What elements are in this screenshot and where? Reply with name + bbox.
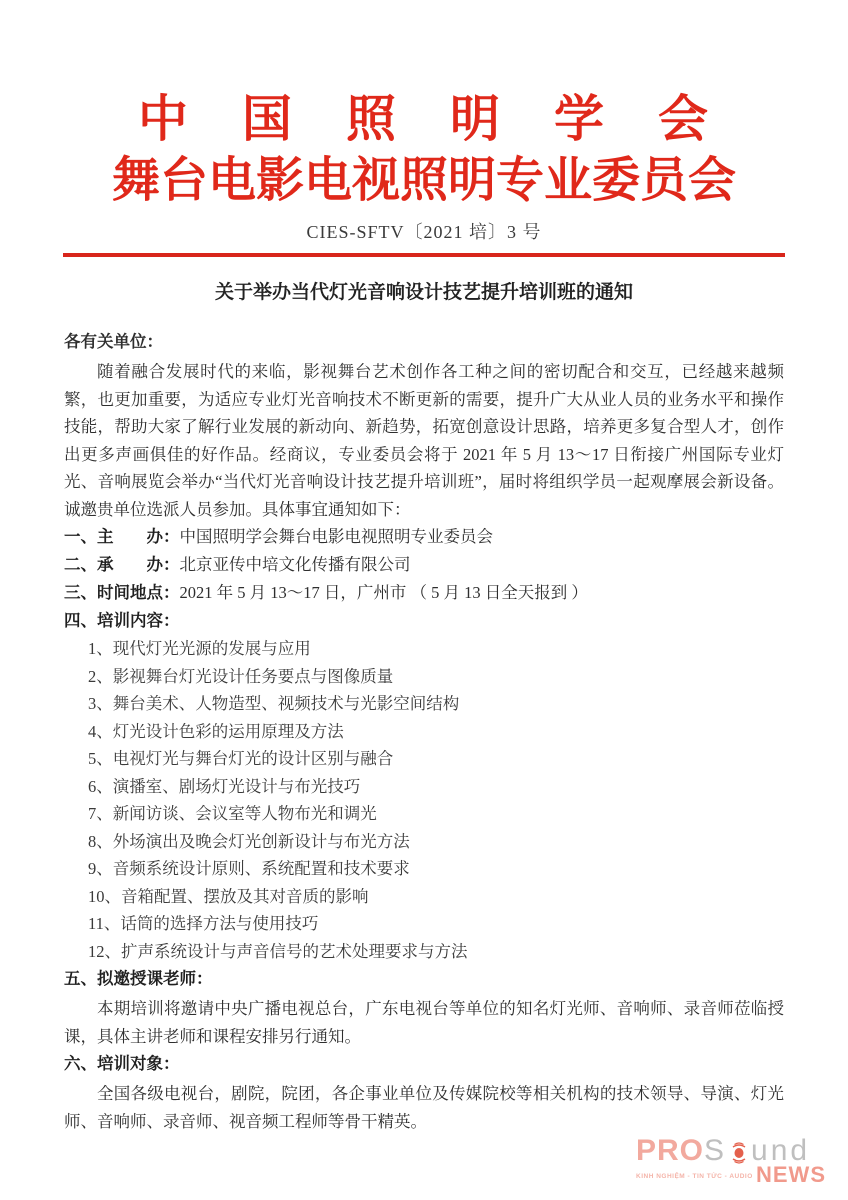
organization-name-line1: 中 国 照 明 学 会 xyxy=(64,92,784,147)
section-teachers-heading: 五、拟邀授课老师： xyxy=(64,965,784,993)
training-item: 12、扩声系统设计与声音信号的艺术处理要求与方法 xyxy=(88,938,784,966)
section-host-label: 一、主 办： xyxy=(64,527,180,546)
section-time-place-label: 三、时间地点： xyxy=(64,583,180,602)
prosound-news-watermark: PRO S und KINH NGHIỆM - TIN TỨC - AUDIO … xyxy=(636,1136,826,1186)
document-page: 中 国 照 明 学 会 舞台电影电视照明专业委员会 CIES-SFTV〔2021… xyxy=(0,0,848,1200)
salutation: 各有关单位： xyxy=(64,328,784,356)
section-organizer: 二、承 办：北京亚传中培文化传播有限公司 xyxy=(64,551,784,579)
section-host: 一、主 办：中国照明学会舞台电影电视照明专业委员会 xyxy=(64,523,784,551)
section-host-value: 中国照明学会舞台电影电视照明专业委员会 xyxy=(180,527,494,546)
section-time-place: 三、时间地点：2021 年 5 月 13～17 日，广州市 （ 5 月 13 日… xyxy=(64,579,784,607)
document-number: CIES-SFTV〔2021 培〕3 号 xyxy=(64,218,784,244)
watermark-pro-text: PRO xyxy=(636,1136,704,1166)
section-time-place-value: 2021 年 5 月 13～17 日，广州市 （ 5 月 13 日全天报到 ） xyxy=(180,583,588,602)
letterhead: 中 国 照 明 学 会 舞台电影电视照明专业委员会 CIES-SFTV〔2021… xyxy=(64,92,784,257)
section-organizer-label: 二、承 办： xyxy=(64,555,180,574)
letterhead-divider xyxy=(63,253,785,257)
section-audience-paragraph: 全国各级电视台，剧院，院团，各企事业单位及传媒院校等相关机构的技术领导、导演、灯… xyxy=(64,1080,784,1135)
section-audience-heading: 六、培训对象： xyxy=(64,1050,784,1078)
training-item: 5、电视灯光与舞台灯光的设计区别与融合 xyxy=(88,745,784,773)
training-item: 7、新闻访谈、会议室等人物布光和调光 xyxy=(88,800,784,828)
training-item: 10、音箱配置、摆放及其对音质的影响 xyxy=(88,883,784,911)
intro-paragraph: 随着融合发展时代的来临，影视舞台艺术创作各工种之间的密切配合和交互，已经越来越频… xyxy=(64,358,784,523)
notice-title: 关于举办当代灯光音响设计技艺提升培训班的通知 xyxy=(64,277,784,304)
training-item: 8、外场演出及晚会灯光创新设计与布光方法 xyxy=(88,828,784,856)
section-teachers-paragraph: 本期培训将邀请中央广播电视总台，广东电视台等单位的知名灯光师、音响师、录音师莅临… xyxy=(64,995,784,1050)
section-training-content-heading: 四、培训内容： xyxy=(64,607,784,635)
organization-name-line2: 舞台电影电视照明专业委员会 xyxy=(64,153,784,208)
section-organizer-value: 北京亚传中培文化传播有限公司 xyxy=(180,555,411,574)
training-item: 2、影视舞台灯光设计任务要点与图像质量 xyxy=(88,663,784,691)
training-items-list: 1、现代灯光光源的发展与应用 2、影视舞台灯光设计任务要点与图像质量 3、舞台美… xyxy=(88,635,784,965)
training-item: 11、话筒的选择方法与使用技巧 xyxy=(88,910,784,938)
training-item: 4、灯光设计色彩的运用原理及方法 xyxy=(88,718,784,746)
watermark-news-text: NEWS xyxy=(756,1164,826,1186)
notice-body: 关于举办当代灯光音响设计技艺提升培训班的通知 各有关单位： 随着融合发展时代的来… xyxy=(64,277,784,1135)
speaker-waves-icon xyxy=(728,1140,750,1166)
training-item: 3、舞台美术、人物造型、视频技术与光影空间结构 xyxy=(88,690,784,718)
training-item: 9、音频系统设计原则、系统配置和技术要求 xyxy=(88,855,784,883)
training-item: 6、演播室、剧场灯光设计与布光技巧 xyxy=(88,773,784,801)
training-item: 1、现代灯光光源的发展与应用 xyxy=(88,635,784,663)
watermark-sound-s: S xyxy=(704,1136,727,1166)
watermark-bottom-row: KINH NGHIỆM - TIN TỨC - AUDIO NEWS xyxy=(636,1168,826,1186)
watermark-tagline: KINH NGHIỆM - TIN TỨC - AUDIO xyxy=(636,1168,753,1181)
